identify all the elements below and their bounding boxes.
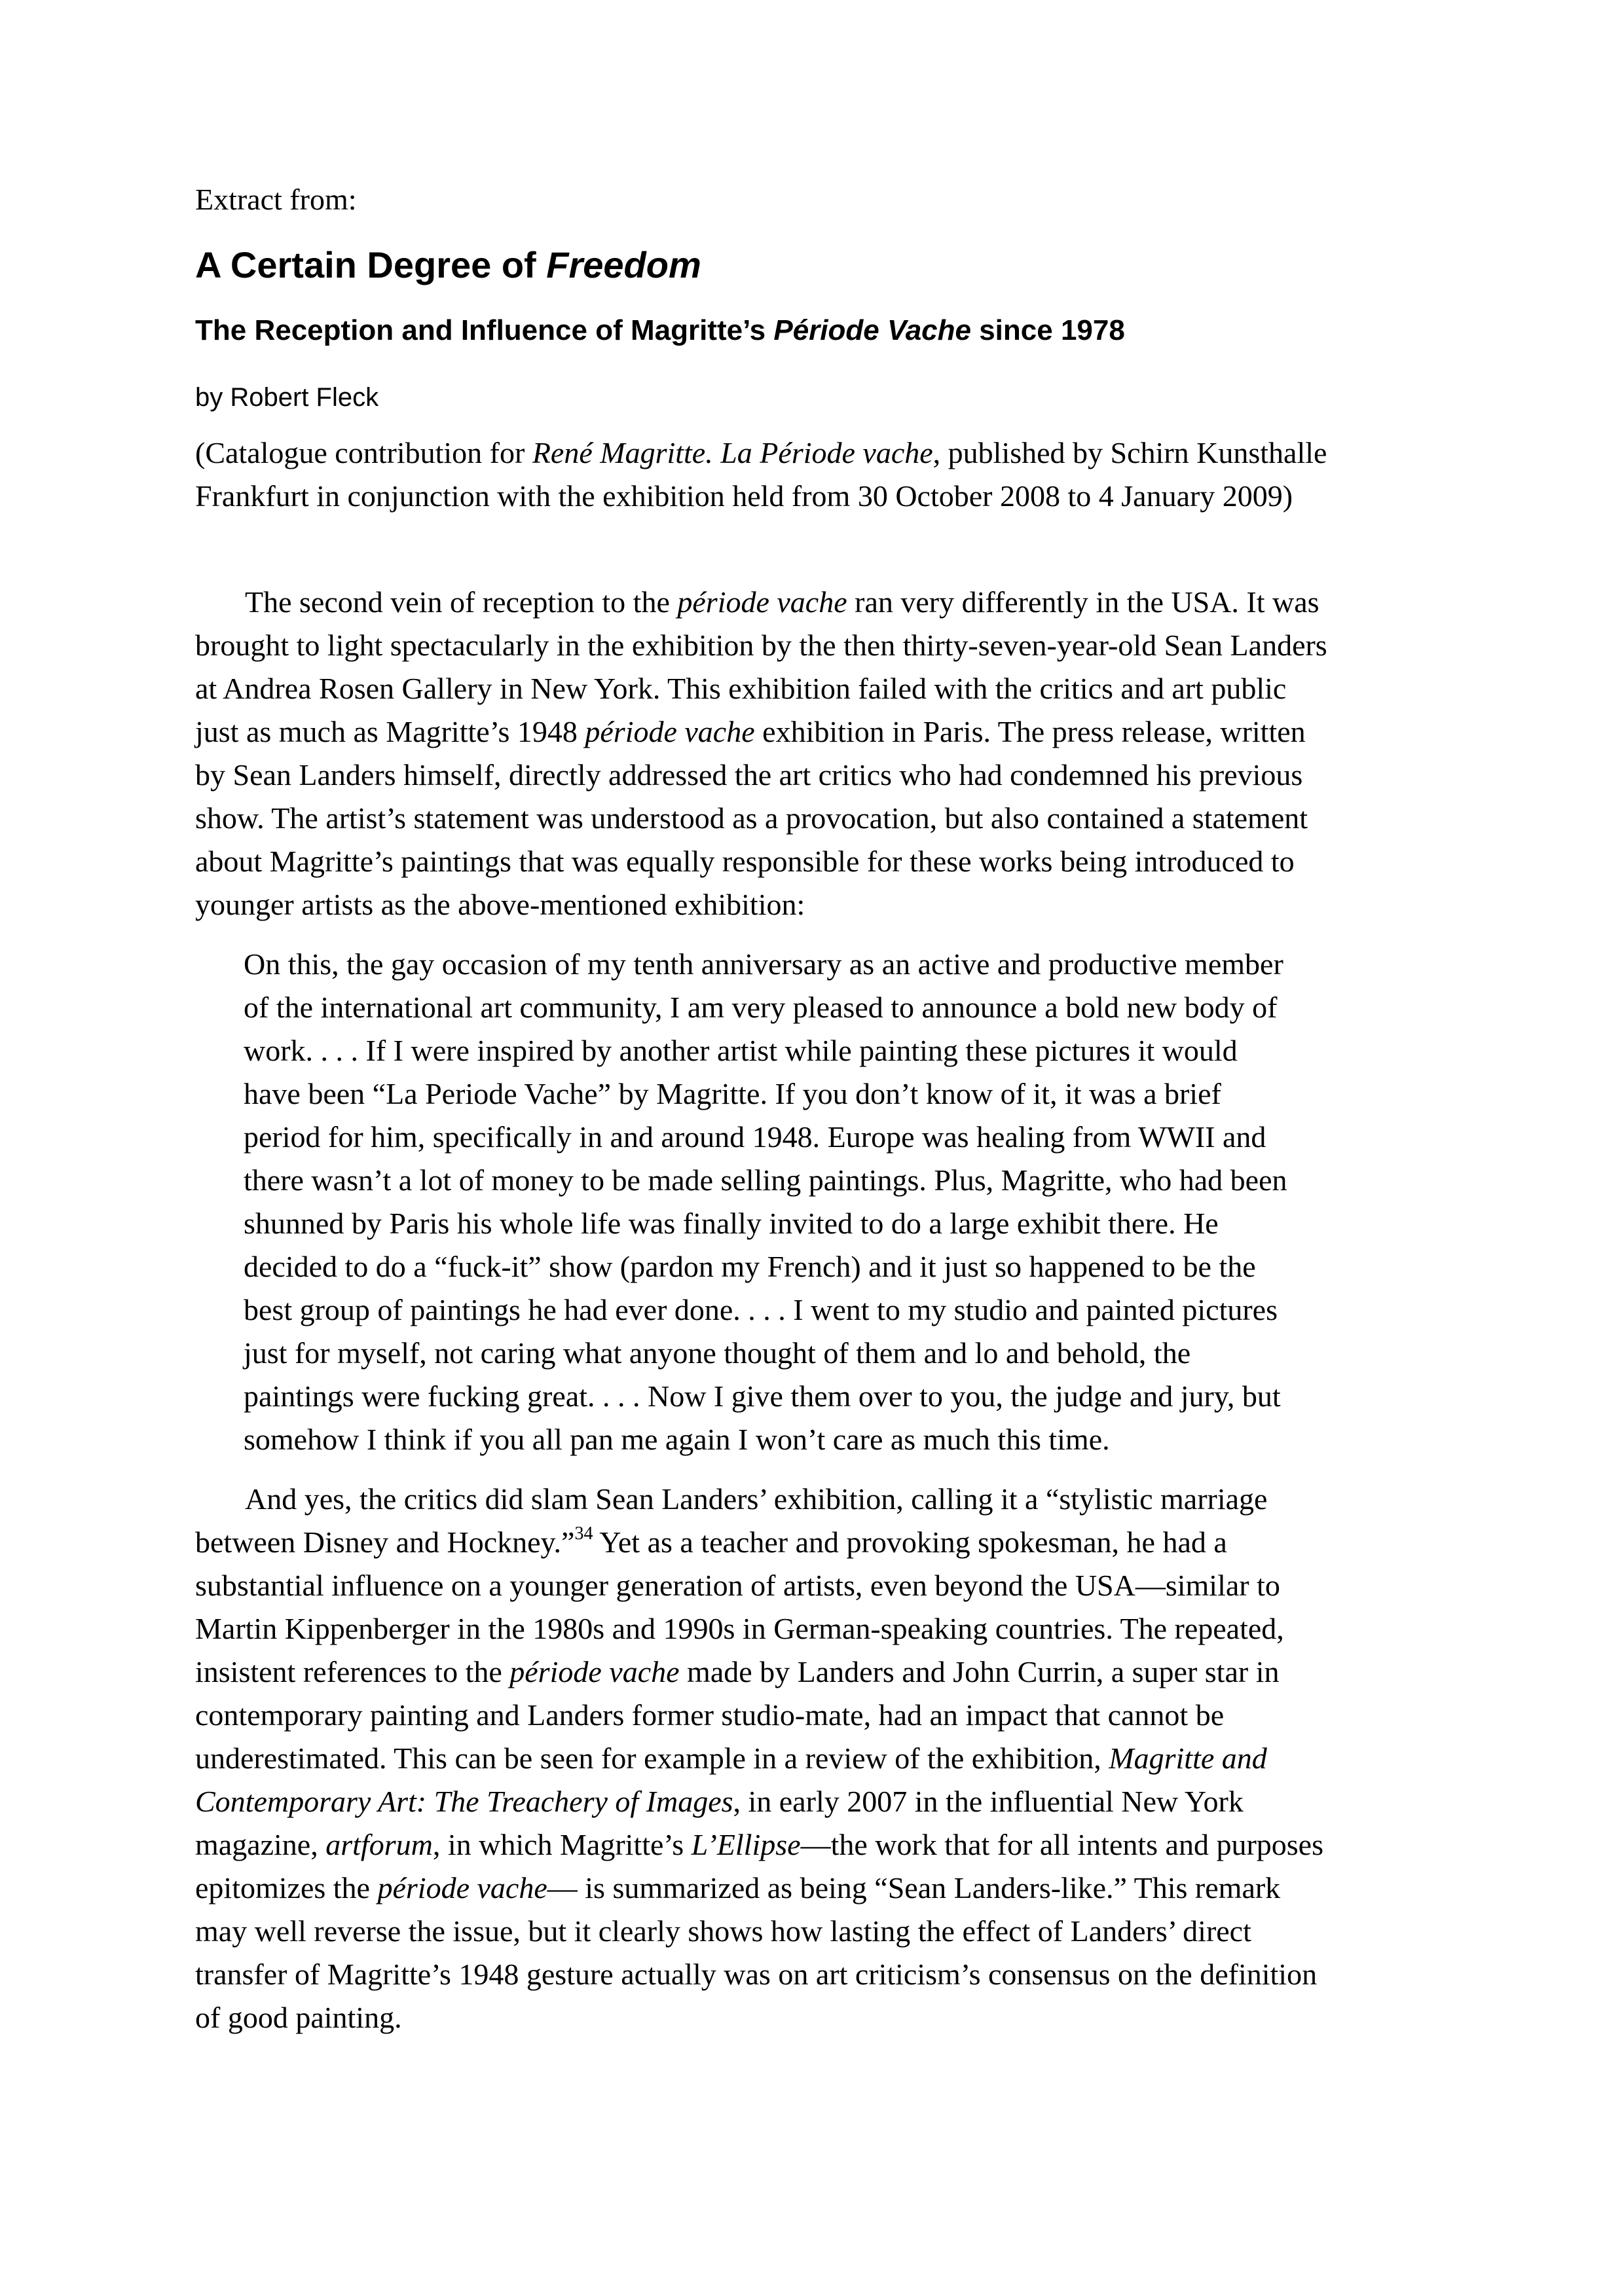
catalogue-title: René Magritte. La Période vache [532, 436, 933, 469]
paragraph-line: And yes, the critics did slam Sean Lande… [195, 1482, 1267, 1516]
quote-line: somehow I think if you all pan me again … [244, 1422, 1110, 1457]
quote-line: have been “La Periode Vache” by Magritte… [244, 1076, 1221, 1111]
document-subtitle: The Reception and Influence of Magritte’… [195, 314, 1125, 347]
document-page: Extract from: A Certain Degree of Freedo… [0, 0, 1624, 2296]
quote-line: there wasn’t a lot of money to be made s… [244, 1163, 1287, 1197]
text: (Catalogue contribution for [195, 436, 532, 469]
subtitle-pre: The Reception and Influence of Magritte’… [195, 314, 773, 346]
text: insistent references to the [195, 1655, 509, 1688]
footnote-reference[interactable]: 34 [574, 1523, 593, 1544]
quote-line: paintings were fucking great. . . . Now … [244, 1379, 1281, 1413]
paragraph-line: insistent references to the période vach… [195, 1654, 1279, 1689]
text: between Disney and Hockney.” [195, 1525, 574, 1559]
paragraph-line: younger artists as the above-mentioned e… [195, 887, 805, 922]
paragraph-line: of good painting. [195, 2000, 402, 2035]
quote-line: of the international art community, I am… [244, 990, 1277, 1025]
paragraph-line: epitomizes the période vache— is summari… [195, 1870, 1280, 1905]
title-regular: A Certain Degree of [195, 244, 546, 285]
paragraph-line: show. The artist’s statement was underst… [195, 801, 1308, 835]
italic-term: période vache [677, 585, 847, 619]
text: , published by Schirn Kunsthalle [933, 436, 1327, 469]
text: underestimated. This can be seen for exa… [195, 1741, 1109, 1775]
text: The second vein of reception to the [245, 585, 677, 619]
paragraph-line: just as much as Magritte’s 1948 période … [195, 714, 1306, 749]
paragraph-line: at Andrea Rosen Gallery in New York. Thi… [195, 671, 1286, 706]
quote-line: decided to do a “fuck-it” show (pardon m… [244, 1249, 1256, 1284]
text: —the work that for all intents and purpo… [801, 1828, 1323, 1861]
paragraph-line: contemporary painting and Landers former… [195, 1698, 1224, 1732]
text: exhibition in Paris. The press release, … [755, 715, 1306, 748]
paragraph-line: about Magritte’s paintings that was equa… [195, 844, 1295, 879]
artwork-title: L’Ellipse [692, 1828, 801, 1861]
quote-line: just for myself, not caring what anyone … [244, 1336, 1190, 1370]
author-byline: by Robert Fleck [195, 383, 378, 412]
extract-label: Extract from: [195, 182, 357, 217]
paragraph-line: magazine, artforum, in which Magritte’s … [195, 1827, 1323, 1862]
paragraph-line: by Sean Landers himself, directly addres… [195, 757, 1302, 792]
quote-line: shunned by Paris his whole life was fina… [244, 1206, 1219, 1241]
title-italic: Freedom [546, 244, 701, 285]
text: Yet as a teacher and provoking spokesman… [593, 1525, 1227, 1559]
text: ran very differently in the USA. It was [847, 585, 1319, 619]
paragraph-line: transfer of Magritte’s 1948 gesture actu… [195, 1957, 1317, 1992]
paragraph-line: brought to light spectacularly in the ex… [195, 628, 1327, 663]
italic-term: période vache [585, 715, 754, 748]
quote-line: work. . . . If I were inspired by anothe… [244, 1033, 1238, 1068]
document-title: A Certain Degree of Freedom [195, 244, 701, 286]
subtitle-post: since 1978 [971, 314, 1125, 346]
paragraph-line: The second vein of reception to the péri… [195, 585, 1319, 619]
exhibition-title: Magritte and [1109, 1741, 1266, 1775]
text: made by Landers and John Currin, a super… [680, 1655, 1280, 1688]
paragraph-line: may well reverse the issue, but it clear… [195, 1914, 1251, 1948]
quote-line: period for him, specifically in and arou… [244, 1120, 1266, 1154]
quote-line: best group of paintings he had ever done… [244, 1292, 1278, 1327]
text: , in which Magritte’s [433, 1828, 692, 1861]
text: — is summarized as being “Sean Landers-l… [547, 1871, 1280, 1904]
magazine-title: artforum [325, 1828, 433, 1861]
text: epitomizes the [195, 1871, 377, 1904]
text: just as much as Magritte’s 1948 [195, 715, 585, 748]
paragraph-line: Martin Kippenberger in the 1980s and 199… [195, 1611, 1284, 1646]
italic-term: période vache [509, 1655, 679, 1688]
subtitle-italic: Période Vache [773, 314, 971, 346]
exhibition-title: Contemporary Art: The Treachery of Image… [195, 1785, 733, 1818]
paragraph-line: between Disney and Hockney.”34 Yet as a … [195, 1525, 1227, 1559]
catalogue-note-line-2: Frankfurt in conjunction with the exhibi… [195, 479, 1293, 513]
text: , in early 2007 in the influential New Y… [733, 1785, 1244, 1818]
catalogue-note-line-1: (Catalogue contribution for René Magritt… [195, 435, 1327, 470]
quote-line: On this, the gay occasion of my tenth an… [244, 947, 1283, 981]
paragraph-line: Contemporary Art: The Treachery of Image… [195, 1784, 1244, 1819]
paragraph-line: underestimated. This can be seen for exa… [195, 1741, 1267, 1776]
italic-term: période vache [377, 1871, 547, 1904]
paragraph-line: substantial influence on a younger gener… [195, 1568, 1280, 1603]
text: magazine, [195, 1828, 325, 1861]
